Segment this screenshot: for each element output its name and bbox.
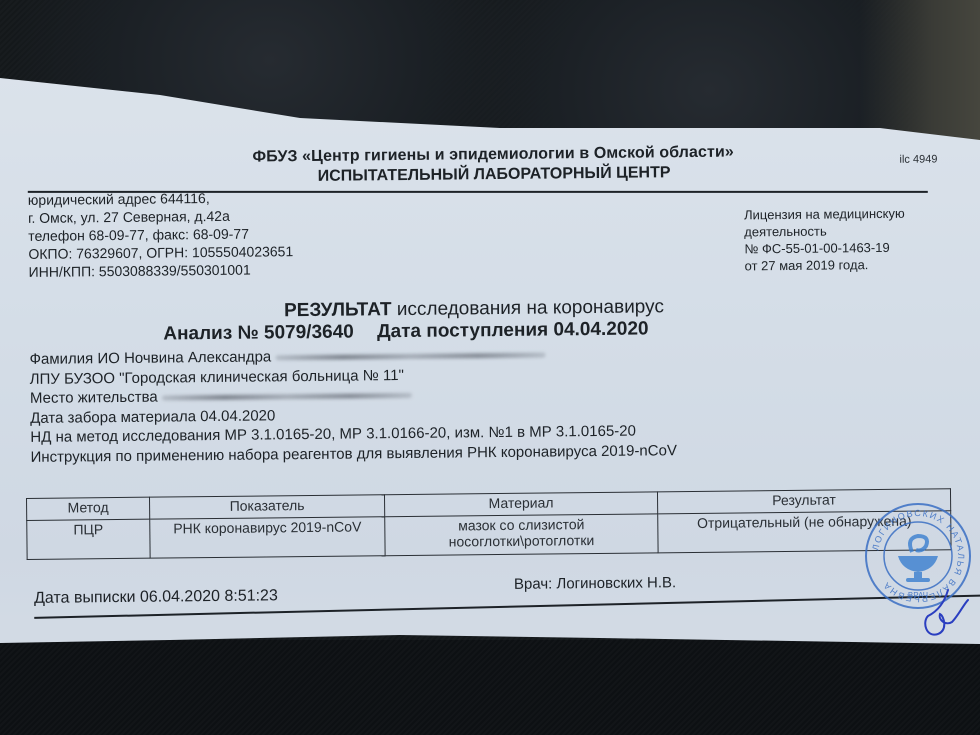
license-number: № ФС-55-01-00-1463-19	[744, 239, 905, 258]
license-line: Лицензия на медицинскую	[744, 205, 905, 224]
analysis-number: Анализ № 5079/3640	[163, 322, 354, 345]
residence-label: Место жительства	[30, 389, 158, 407]
laboratory-title: ИСПЫТАТЕЛЬНЫЙ ЛАБОРАТОРНЫЙ ЦЕНТР	[318, 164, 671, 186]
license-date: от 27 мая 2019 года.	[745, 256, 906, 275]
redacted-surname	[275, 352, 545, 360]
cell-method: ПЦР	[27, 519, 150, 559]
results-table: Метод Показатель Материал Результат ПЦР …	[26, 488, 952, 560]
issue-date: Дата выписки 06.04.2020 8:51:23	[34, 587, 278, 608]
license-block: Лицензия на медицинскую деятельность № Ф…	[744, 205, 905, 275]
patient-name-label: Фамилия ИО	[29, 350, 119, 368]
medical-bowl-snake-icon	[898, 536, 938, 582]
header-indicator: Показатель	[149, 495, 384, 519]
table-row: ПЦР РНК коронавирус 2019-nCoV мазок со с…	[27, 511, 951, 560]
license-line: деятельность	[744, 222, 905, 241]
fabric-background-bottom	[0, 640, 980, 735]
result-heading-rest: исследования на коронавирус	[391, 296, 664, 320]
signature-icon	[918, 582, 978, 642]
header-material: Материал	[384, 492, 657, 517]
organization-title: ФБУЗ «Центр гигиены и эпидемиологии в Ом…	[252, 144, 734, 167]
patient-name-value: Ночвина Александра	[124, 348, 271, 367]
result-heading-bold: РЕЗУЛЬТАТ	[284, 299, 392, 321]
cell-material: мазок со слизистойносоглотки\ротоглотки	[385, 514, 658, 556]
analysis-line: Анализ № 5079/3640 Дата поступления 04.0…	[163, 318, 648, 345]
inn-kpp-line: ИНН/КПП: 5503088339/550301001	[29, 260, 294, 281]
okpo-ogrn-line: ОКПО: 76329607, ОГРН: 1055504023651	[28, 242, 293, 263]
material-line: носоглотки\ротоглотки	[391, 531, 651, 550]
redacted-address	[162, 392, 412, 400]
doctor-name: Врач: Логиновских Н.В.	[514, 574, 676, 593]
patient-fields: Фамилия ИО Ночвина Александра ЛПУ БУЗОО …	[29, 343, 677, 467]
received-date: Дата поступления 04.04.2020	[377, 318, 649, 342]
header-method: Метод	[27, 497, 150, 520]
document-code: ilc 4949	[899, 153, 937, 165]
legal-address-block: юридический адрес 644116, г. Омск, ул. 2…	[28, 188, 294, 281]
cell-indicator: РНК коронавирус 2019-nCoV	[150, 517, 385, 558]
